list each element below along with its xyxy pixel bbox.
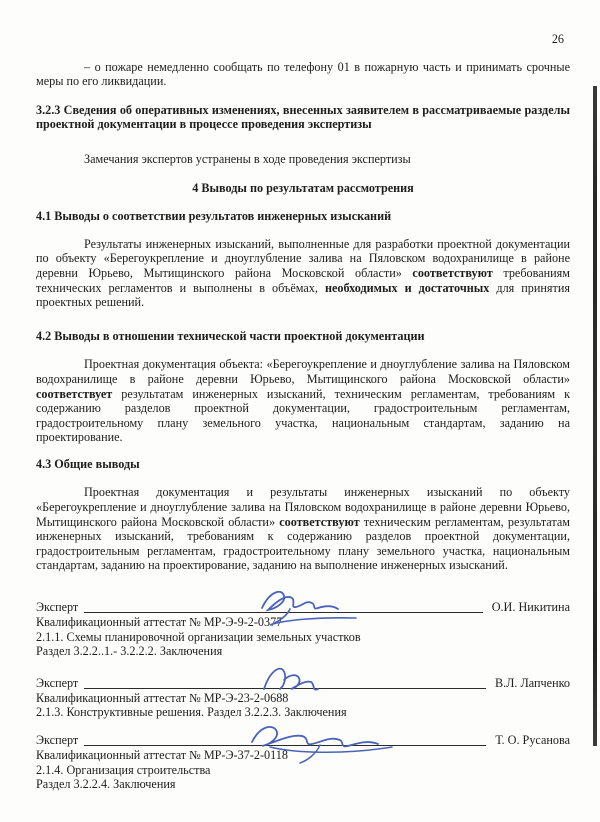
expert-block-lapchenko: Эксперт В.Л. Лапченко Квалификационный а… (36, 676, 570, 720)
expert-label: Эксперт (36, 676, 78, 691)
section-4-3-paragraph: Проектная документация и результаты инже… (36, 485, 570, 573)
expert-section-line: 2.1.4. Организация строительства (36, 763, 570, 778)
signature-row: Эксперт Т. О. Русанова (36, 733, 570, 748)
signature-line (84, 676, 486, 689)
expert-section-line: 2.1.3. Конструктивные решения. Раздел 3.… (36, 705, 570, 720)
expert-name: Т. О. Русанова (495, 733, 570, 748)
expert-block-rusanova: Эксперт Т. О. Русанова Квалификационный … (36, 733, 570, 792)
section-4-2-heading: 4.2 Выводы в отношении технической части… (36, 329, 570, 344)
expert-name: О.И. Никитина (492, 600, 570, 615)
signature-line (84, 733, 486, 746)
signature-row: Эксперт В.Л. Лапченко (36, 676, 570, 691)
expert-section-line: 2.1.1. Схемы планировочной организации з… (36, 630, 570, 645)
section-4-2-paragraph: Проектная документация объекта: «Берегоу… (36, 357, 570, 445)
page-content: 26 – о пожаре немедленно сообщать по тел… (36, 0, 570, 792)
attestation-line: Квалификационный аттестат № МР-Э-37-2-01… (36, 748, 570, 763)
fire-safety-paragraph: – о пожаре немедленно сообщать по телефо… (36, 60, 570, 89)
expert-section-line: Раздел 3.2.2..1.- 3.2.2.2. Заключения (36, 644, 570, 659)
expert-label: Эксперт (36, 733, 78, 748)
signature-row: Эксперт О.И. Никитина (36, 600, 570, 615)
section-4-3-heading: 4.3 Общие выводы (36, 457, 570, 472)
expert-name: В.Л. Лапченко (495, 676, 570, 691)
expert-label: Эксперт (36, 600, 78, 615)
document-page: 26 – о пожаре немедленно сообщать по тел… (0, 0, 600, 822)
expert-block-nikitina: Эксперт О.И. Никитина Квалификационный а… (36, 600, 570, 659)
scan-edge-artifact (593, 86, 597, 746)
attestation-line: Квалификационный аттестат № МР-Э-23-2-06… (36, 691, 570, 706)
section-4-heading: 4 Выводы по результатам рассмотрения (36, 181, 570, 196)
attestation-line: Квалификационный аттестат № МР-Э-9-2-037… (36, 615, 570, 630)
section-3-2-3-heading: 3.2.3 Сведения об оперативных изменениях… (36, 103, 570, 132)
signature-line (84, 600, 482, 613)
expert-section-line: Раздел 3.2.2.4. Заключения (36, 777, 570, 792)
section-4-1-paragraph: Результаты инженерных изысканий, выполне… (36, 237, 570, 310)
remarks-resolved-line: Замечания экспертов устранены в ходе про… (36, 152, 570, 167)
section-4-1-heading: 4.1 Выводы о соответствии результатов ин… (36, 209, 570, 224)
page-number: 26 (36, 32, 570, 47)
